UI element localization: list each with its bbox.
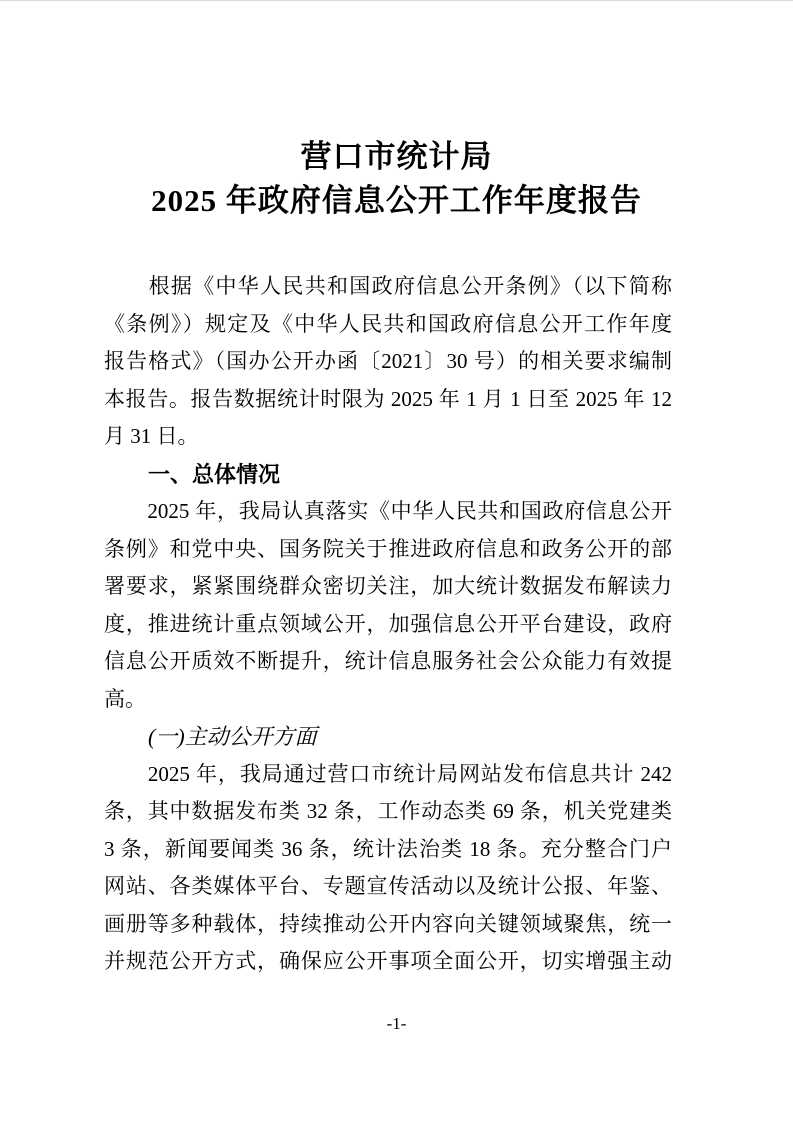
body-line: 高。 — [104, 681, 672, 719]
body-line: 报告格式》（国办公开办函〔2021〕30 号）的相关要求编制 — [104, 343, 672, 381]
subsection-heading: (一)主动公开方面 — [104, 718, 672, 756]
body-line: 月 31 日。 — [104, 418, 672, 456]
section-heading: 一、总体情况 — [104, 456, 672, 494]
body-line: 信息公开质效不断提升，统计信息服务社会公众能力有效提 — [104, 643, 672, 681]
body-line: 条，其中数据发布类 32 条，工作动态类 69 条，机关党建类 — [104, 793, 672, 831]
document-title-line-2: 2025 年政府信息公开工作年度报告 — [0, 179, 793, 223]
document-title-line-1: 营口市统计局 — [0, 135, 793, 179]
document-body: 根据《中华人民共和国政府信息公开条例》（以下简称《条例》）规定及《中华人民共和国… — [104, 268, 672, 981]
body-line: 本报告。报告数据统计时限为 2025 年 1 月 1 日至 2025 年 12 — [104, 381, 672, 419]
body-line: 署要求，紧紧围绕群众密切关注，加大统计数据发布解读力 — [104, 568, 672, 606]
document-title-block: 营口市统计局 2025 年政府信息公开工作年度报告 — [0, 135, 793, 223]
page-number: -1- — [0, 1013, 793, 1035]
body-line: 根据《中华人民共和国政府信息公开条例》（以下简称 — [104, 268, 672, 306]
body-line: 度，推进统计重点领域公开，加强信息公开平台建设，政府 — [104, 606, 672, 644]
body-line: 并规范公开方式，确保应公开事项全面公开，切实增强主动 — [104, 943, 672, 981]
body-line: 2025 年，我局认真落实《中华人民共和国政府信息公开 — [104, 493, 672, 531]
body-line: 2025 年，我局通过营口市统计局网站发布信息共计 242 — [104, 756, 672, 794]
body-line: 条例》和党中央、国务院关于推进政府信息和政务公开的部 — [104, 531, 672, 569]
body-line: 网站、各类媒体平台、专题宣传活动以及统计公报、年鉴、 — [104, 868, 672, 906]
body-line: 3 条，新闻要闻类 36 条，统计法治类 18 条。充分整合门户 — [104, 831, 672, 869]
body-line: 《条例》）规定及《中华人民共和国政府信息公开工作年度 — [104, 306, 672, 344]
document-page: 营口市统计局 2025 年政府信息公开工作年度报告 根据《中华人民共和国政府信息… — [0, 0, 793, 1123]
body-line: 画册等多种载体，持续推动公开内容向关键领域聚焦，统一 — [104, 906, 672, 944]
